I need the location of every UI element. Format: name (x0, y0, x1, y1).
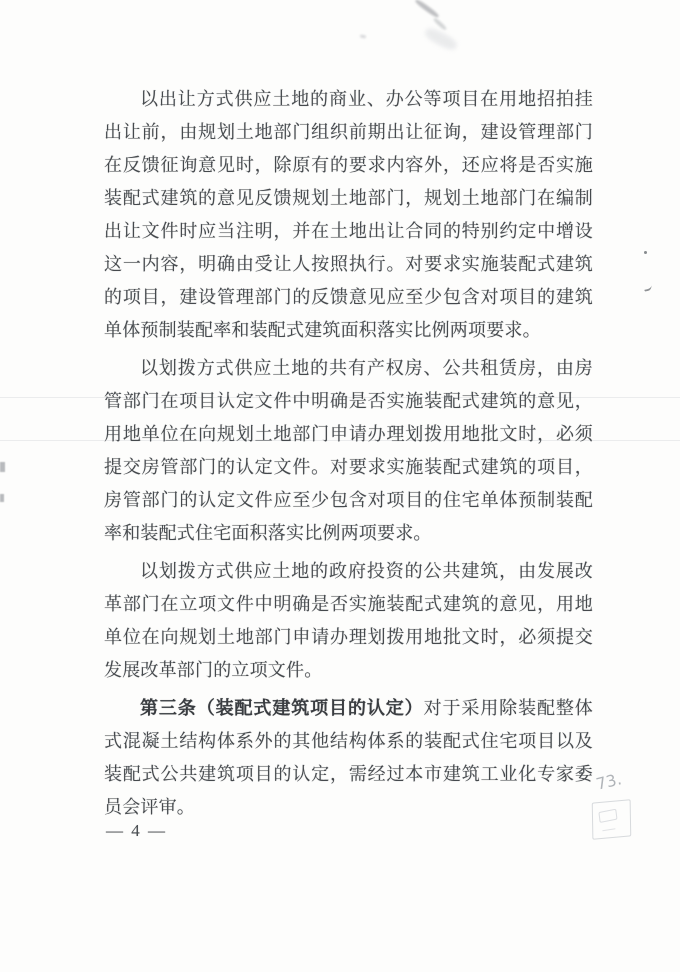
scan-edge-mark (0, 494, 4, 502)
paragraph-public-buildings: 以划拨方式供应土地的政府投资的公共建筑，由发展改革部门在立项文件中明确是否实施装… (104, 555, 593, 687)
paragraph-land-transfer: 以出让方式供应土地的商业、办公等项目在用地招拍挂出让前，由规划土地部门组织前期出… (104, 83, 593, 347)
scan-speck (644, 251, 647, 254)
scanned-document-page: 以出让方式供应土地的商业、办公等项目在用地招拍挂出让前，由规划土地部门组织前期出… (0, 0, 680, 972)
paragraph-article-3: 第三条（装配式建筑项目的认定）对于采用除装配整体式混凝土结构体系外的其他结构体系… (104, 692, 593, 824)
handwritten-squiggle (598, 809, 617, 823)
handwritten-box-annotation (592, 799, 631, 839)
scan-speck (644, 285, 653, 292)
paragraph-text: 以划拨方式供应土地的政府投资的公共建筑，由发展改革部门在立项文件中明确是否实施装… (104, 561, 593, 680)
paragraph-allocated-housing: 以划拨方式供应土地的共有产权房、公共租赁房，由房管部门在项目认定文件中明确是否实… (104, 352, 593, 550)
document-body: 以出让方式供应土地的商业、办公等项目在用地招拍挂出让前，由规划土地部门组织前期出… (104, 83, 593, 829)
scan-smudge (423, 26, 459, 53)
scan-smudge (414, 0, 440, 19)
handwritten-squiggle (602, 822, 616, 831)
article-3-heading: 第三条（装配式建筑项目的认定） (140, 698, 424, 718)
page-number: — 4 — (106, 821, 167, 841)
handwritten-mark: 73. (594, 769, 623, 794)
paragraph-text: 以出让方式供应土地的商业、办公等项目在用地招拍挂出让前，由规划土地部门组织前期出… (104, 89, 593, 340)
scan-smudge (360, 35, 366, 39)
paragraph-text: 以划拨方式供应土地的共有产权房、公共租赁房，由房管部门在项目认定文件中明确是否实… (104, 358, 593, 543)
scan-edge-mark (0, 462, 5, 472)
